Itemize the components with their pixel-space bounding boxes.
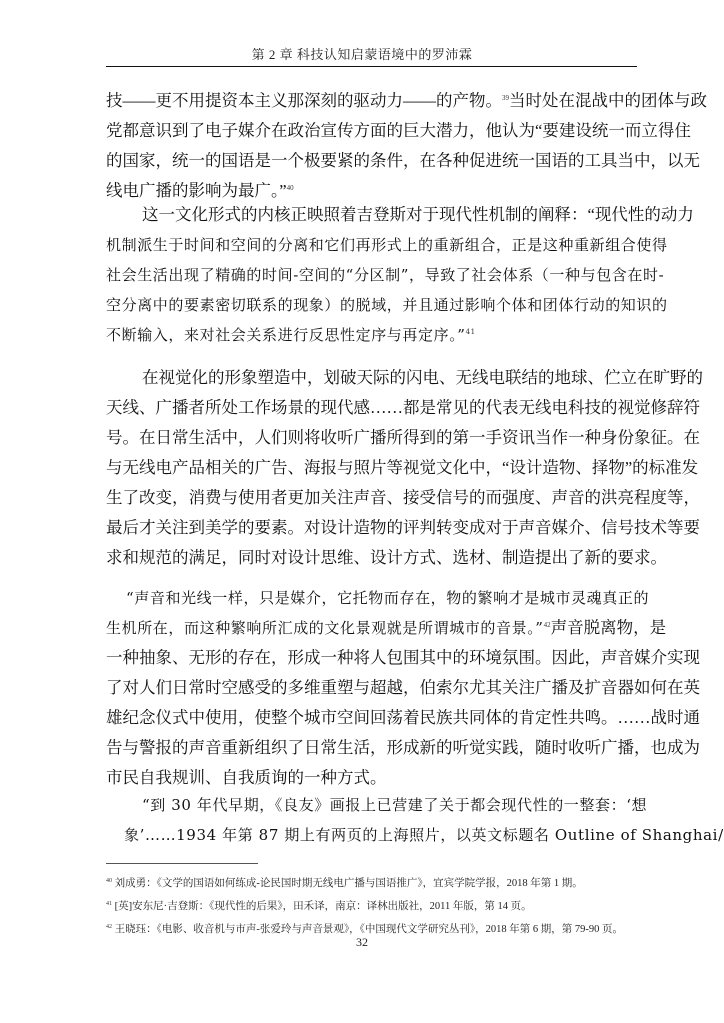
text-line: 不断输入，来对社会关系进行反思性定序与再定序。”41	[106, 320, 637, 350]
footnote-number: 40	[106, 878, 112, 884]
text-line: 雄纪念仪式中使用，使整个城市空间回荡着民族共同体的肯定性共鸣。……战时通	[106, 703, 637, 733]
text-line: 社会生活出现了精确的时间-空间的“分区制”，导致了社会体系（一种与包含在时-	[106, 260, 637, 290]
footnote-41: 41 [英]安东尼·吉登斯：《现代性的后果》，田禾译，南京：译林出版社，2011…	[106, 895, 637, 918]
line-text: 当时处在混战中的团体与政	[509, 91, 707, 110]
footnote-ref[interactable]: 42	[544, 621, 551, 629]
text-line: 了对人们日常时空感受的多维重塑与超越，伯索尔尤其关注广播及扩音器如何在英	[106, 673, 637, 703]
text-line: 空分离中的要素密切联系的现象）的脱域，并且通过影响个体和团体行动的知识的	[106, 290, 637, 320]
line-text: 不断输入，来对社会关系进行反思性定序与再定序。”	[106, 326, 466, 344]
text-line: 象’……1934 年第 87 期上有两页的上海照片，以英文标题名 Outline…	[106, 820, 637, 850]
text-line: “到 30 年代早期，《良友》画报上已营建了关于都会现代性的一整套：‘想	[106, 790, 637, 820]
text-line: 机制派生于时间和空间的分离和它们再形式上的重新组合，正是这种重新组合使得	[106, 230, 637, 260]
text-line: 这一文化形式的内核正映照着吉登斯对于现代性机制的阐释：“现代性的动力	[106, 200, 637, 230]
footnote-ref[interactable]: 39	[502, 94, 509, 102]
line-text: 生机所在，而这种繁响所汇成的文化景观就是所谓城市的音景。”	[106, 619, 544, 637]
footnote-text: 王晓珏：《电影、收音机与市声-张爱玲与声音景观》，《中国现代文学研究丛刊》，20…	[115, 924, 623, 935]
paragraph-3: 在视觉化的形象塑造中，划破天际的闪电、无线电联结的地球、伫立在旷野的 天线、广播…	[106, 363, 637, 573]
footnote-number: 41	[106, 901, 112, 907]
footnote-ref[interactable]: 41	[466, 328, 476, 336]
text-line: 最后才关注到美学的要素。对设计造物的评判转变成对于声音媒介、信号技术等要	[106, 513, 637, 543]
footnote-40: 40 刘成勇：《文学的国语如何练成-论民国时期无线电广播与国语推广》，宜宾学院学…	[106, 872, 637, 895]
text-line: “声音和光线一样，只是媒介，它托物而存在，物的繁响才是城市灵魂真正的	[106, 583, 637, 613]
footnote-ref[interactable]: 40	[287, 184, 294, 192]
text-line: 告与警报的声音重新组织了日常生活，形成新的听觉实践，随时收听广播，也成为	[106, 733, 637, 763]
page-number: 32	[0, 935, 724, 950]
footnote-number: 42	[106, 924, 112, 930]
header-divider	[106, 66, 637, 67]
line-text: 线电广播的影响为最广。”	[106, 181, 287, 200]
text-line: 求和规范的满足，同时对设计思维、设计方式、选材、制造提出了新的要求。	[106, 543, 637, 573]
footnote-text: [英]安东尼·吉登斯：《现代性的后果》，田禾译，南京：译林出版社，2011 年版…	[115, 901, 532, 912]
paragraph-1: 技——更不用提资本主义那深刻的驱动力——的产物。39当时处在混战中的团体与政 党…	[106, 86, 637, 206]
text-line: 市民自我规训、自我质询的一种方式。	[106, 763, 637, 793]
text-line: 号。在日常生活中，人们则将收听广播所得到的第一手资讯当作一种身份象征。在	[106, 423, 637, 453]
footnote-text: 刘成勇：《文学的国语如何练成-论民国时期无线电广播与国语推广》，宜宾学院学报，2…	[115, 878, 583, 889]
text-line: 一种抽象、无形的存在，形成一种将人包围其中的环境氛围。因此，声音媒介实现	[106, 643, 637, 673]
chapter-title: 第 2 章 科技认知启蒙语境中的罗沛霖	[0, 44, 724, 63]
text-line: 的国家，统一的国语是一个极要紧的条件，在各种促进统一国语的工具当中，以无	[106, 146, 637, 176]
paragraph-2: 这一文化形式的内核正映照着吉登斯对于现代性机制的阐释：“现代性的动力 机制派生于…	[106, 200, 637, 350]
text-line: 与无线电产品相关的广告、海报与照片等视觉文化中，“设计造物、择物”的标准发	[106, 453, 637, 483]
text-line: 生机所在，而这种繁响所汇成的文化景观就是所谓城市的音景。”42声音脱离物，是	[106, 613, 637, 643]
text-line: 在视觉化的形象塑造中，划破天际的闪电、无线电联结的地球、伫立在旷野的	[106, 363, 637, 393]
line-text: 技——更不用提资本主义那深刻的驱动力——的产物。	[106, 91, 502, 110]
footnotes: 40 刘成勇：《文学的国语如何练成-论民国时期无线电广播与国语推广》，宜宾学院学…	[106, 872, 637, 941]
text-line: 天线、广播者所处工作场景的现代感……都是常见的代表无线电科技的视觉修辞符	[106, 393, 637, 423]
text-line: 技——更不用提资本主义那深刻的驱动力——的产物。39当时处在混战中的团体与政	[106, 86, 637, 116]
paragraph-4: “声音和光线一样，只是媒介，它托物而存在，物的繁响才是城市灵魂真正的 生机所在，…	[106, 583, 637, 793]
text-line: 生了改变，消费与使用者更加关注声音、接受信号的而强度、声音的洪亮程度等，	[106, 483, 637, 513]
text-line: 党都意识到了电子媒介在政治宣传方面的巨大潜力，他认为“要建设统一而立得住	[106, 116, 637, 146]
line-text: 声音脱离物，是	[551, 618, 667, 637]
paragraph-5: “到 30 年代早期，《良友》画报上已营建了关于都会现代性的一整套：‘想 象’……	[106, 790, 637, 850]
footnote-divider	[106, 863, 258, 864]
